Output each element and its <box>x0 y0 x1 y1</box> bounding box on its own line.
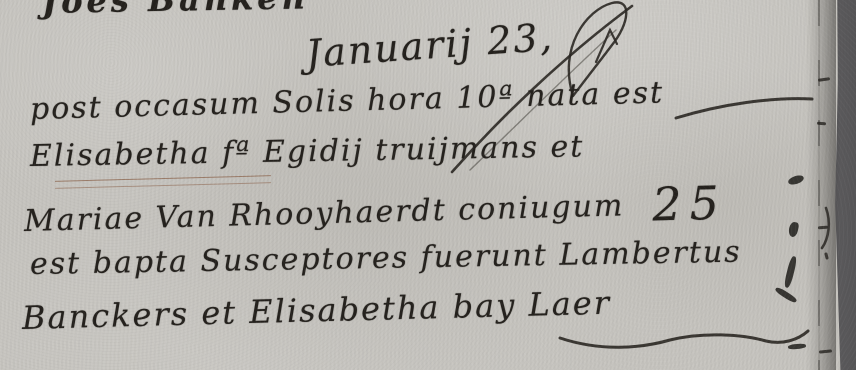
page-edge-shade <box>806 0 836 370</box>
line-previous-entry-cutoff: Joes Banken <box>42 0 309 21</box>
line-date-heading: Januarij 23, <box>304 15 555 76</box>
line-godparent-names: Banckers et Elisabetha bay Laer <box>22 284 612 337</box>
line-tail-stroke <box>676 99 812 118</box>
ink-spot <box>788 343 806 350</box>
check-stroke <box>596 30 617 62</box>
ink-spot <box>787 174 805 187</box>
margin-day-number: 25 <box>652 176 728 232</box>
line-mother-name-text: Mariae Van Rhooyhaerdt coniugum <box>24 188 625 239</box>
red-underline <box>55 175 271 189</box>
manuscript-scan: Joes Banken Januarij 23, post occasum So… <box>0 0 856 370</box>
final-flourish-stroke <box>560 331 808 347</box>
ink-spot <box>788 221 800 238</box>
ink-spot <box>774 286 798 304</box>
line-child-and-father: Elisabetha fª Egidij truijmans et <box>30 129 585 174</box>
line-birth-time: post occasum Solis hora 10ª nata est <box>30 75 665 127</box>
page-edge-line <box>818 0 820 370</box>
ink-spot <box>783 256 798 289</box>
